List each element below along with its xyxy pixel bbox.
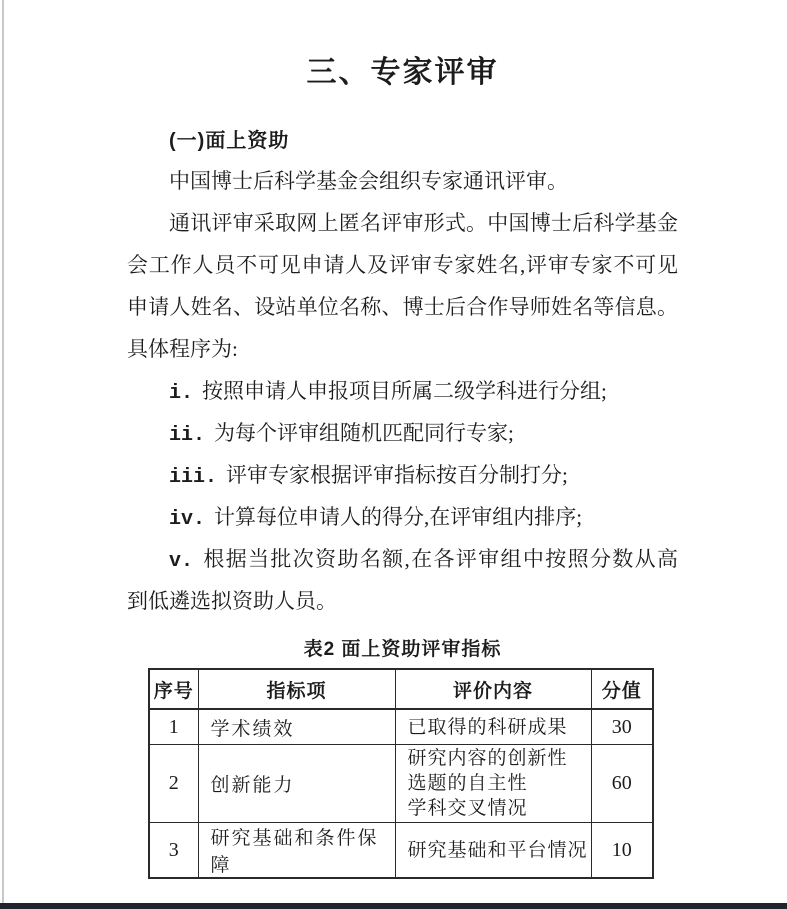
cell-no: 1	[149, 709, 198, 745]
paragraph-line: 会工作人员不可见申请人及评审专家姓名,评审专家不可见	[127, 244, 678, 286]
document-title: 三、专家评审	[127, 55, 678, 91]
document-body: 中国博士后科学基金会组织专家通讯评审。通讯评审采取网上匿名评审形式。中国博士后科…	[127, 160, 678, 622]
cell-evaluation-content: 已取得的科研成果	[395, 709, 591, 745]
cell-evaluation-content: 研究内容的创新性选题的自主性学科交叉情况	[395, 745, 591, 823]
list-marker: iv.	[169, 508, 205, 531]
paragraph-line: 具体程序为:	[127, 328, 678, 370]
cell-indicator-item: 创新能力	[198, 745, 395, 823]
viewer-bottom-bar	[0, 903, 787, 909]
paragraph-line: 到低遴选拟资助人员。	[127, 580, 678, 622]
table-header-cell: 序号	[149, 669, 198, 709]
cell-indicator-item: 学术绩效	[198, 709, 395, 745]
list-item-line: i.按照申请人申报项目所属二级学科进行分组;	[127, 370, 678, 412]
cell-score: 60	[591, 745, 653, 823]
cell-indicator-item: 研究基础和条件保障	[198, 823, 395, 879]
review-indicator-table: 序号指标项评价内容分值 1学术绩效已取得的科研成果302创新能力研究内容的创新性…	[148, 668, 654, 879]
content-line: 学科交叉情况	[408, 796, 591, 821]
content-line: 已取得的科研成果	[408, 715, 591, 740]
table-header-cell: 分值	[591, 669, 653, 709]
table-row: 2创新能力研究内容的创新性选题的自主性学科交叉情况60	[149, 745, 653, 823]
list-marker: ii.	[169, 424, 205, 447]
list-item-line: iii.评审专家根据评审指标按百分制打分;	[127, 454, 678, 496]
table-header-cell: 指标项	[198, 669, 395, 709]
table-row: 3研究基础和条件保障研究基础和平台情况10	[149, 823, 653, 879]
table-header-row: 序号指标项评价内容分值	[149, 669, 653, 709]
list-item-line: iv.计算每位申请人的得分,在评审组内排序;	[127, 496, 678, 538]
cell-score: 30	[591, 709, 653, 745]
cell-score: 10	[591, 823, 653, 879]
paragraph-line: 申请人姓名、设站单位名称、博士后合作导师姓名等信息。	[127, 286, 678, 328]
page-left-border	[2, 0, 4, 903]
paragraph-line: 中国博士后科学基金会组织专家通讯评审。	[127, 160, 678, 202]
content-line: 研究内容的创新性	[408, 746, 591, 771]
content-line: 选题的自主性	[408, 771, 591, 796]
section-heading: (一)面上资助	[127, 130, 678, 152]
paragraph-line: 通讯评审采取网上匿名评审形式。中国博士后科学基金	[127, 202, 678, 244]
list-item-line: ii.为每个评审组随机匹配同行专家;	[127, 412, 678, 454]
cell-no: 2	[149, 745, 198, 823]
document-viewer: 三、专家评审 (一)面上资助 中国博士后科学基金会组织专家通讯评审。通讯评审采取…	[0, 0, 787, 909]
list-marker: iii.	[169, 466, 217, 489]
table-header-cell: 评价内容	[395, 669, 591, 709]
document-page: 三、专家评审 (一)面上资助 中国博士后科学基金会组织专家通讯评审。通讯评审采取…	[127, 0, 678, 879]
cell-no: 3	[149, 823, 198, 879]
cell-evaluation-content: 研究基础和平台情况	[395, 823, 591, 879]
table-row: 1学术绩效已取得的科研成果30	[149, 709, 653, 745]
list-item-line: v.根据当批次资助名额,在各评审组中按照分数从高	[127, 538, 678, 580]
list-marker: i.	[169, 382, 193, 405]
content-line: 研究基础和平台情况	[408, 838, 591, 863]
table-caption: 表2 面上资助评审指标	[127, 640, 678, 660]
list-marker: v.	[169, 550, 193, 573]
